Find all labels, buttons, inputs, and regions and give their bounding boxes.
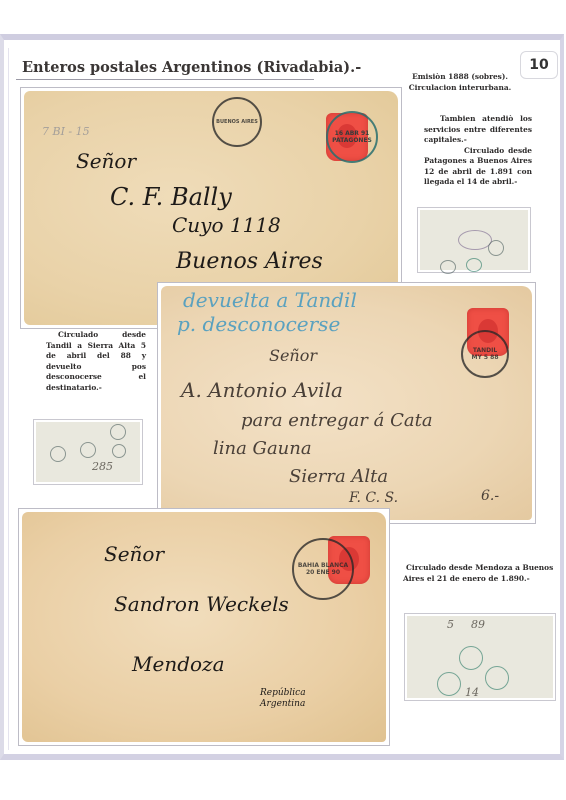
back-image: [420, 210, 528, 270]
page-number-badge: 10: [520, 51, 558, 79]
address-line-6: F. C. S.: [349, 490, 398, 506]
receiving-mark: [437, 672, 461, 696]
address-line-1: Señor: [76, 149, 136, 173]
patagones-note-p2: Circulado desde Patagones a Buenos Aires…: [424, 146, 532, 188]
envelope-tandil-frame: devuelta a Tandil p. desconocerse TANDIL…: [157, 282, 536, 524]
postmark-patagones: 16 ABR 91 PATAGONES: [326, 111, 378, 163]
tandil-note-text: Circulado desde Tandil a Sierra Alta 5 d…: [46, 330, 146, 393]
back-image: 285: [36, 422, 140, 482]
envelope-mendoza-frame: BAHIA BLANCA 20 ENE 90 Señor Sandron Wec…: [18, 508, 390, 746]
postmark-bahia-blanca: BAHIA BLANCA 20 ENE 90: [292, 538, 354, 600]
envelope-back-tandil: 285: [33, 419, 143, 485]
patagones-note-p1: Tambien atendiò los servicios entre dife…: [424, 114, 532, 146]
postmark-tandil: TANDIL MY 5 88: [461, 330, 509, 378]
blue-crayon-note-1: devuelta a Tandil: [183, 288, 357, 312]
address-line-1: Señor: [104, 542, 164, 566]
receiving-mark: [110, 424, 126, 440]
envelope-back-mendoza: 5 89 14: [404, 613, 556, 701]
envelope-tandil: devuelta a Tandil p. desconocerse TANDIL…: [161, 286, 532, 520]
address-line-5: Sierra Alta: [289, 466, 388, 487]
envelope-mendoza: BAHIA BLANCA 20 ENE 90 Señor Sandron Wec…: [22, 512, 386, 742]
handwritten-mark: 5: [447, 618, 454, 631]
receiving-mark: [112, 444, 126, 458]
address-line-4: República Argentina: [260, 688, 330, 710]
postmark-top: BUENOS AIRES: [212, 97, 262, 147]
address-line-3: para entregar á Cata: [241, 410, 433, 431]
page-title: Enteros postales Argentinos (Rivadabia).…: [22, 59, 361, 76]
receiving-mark: [488, 240, 504, 256]
tandil-note: Circulado desde Tandil a Sierra Alta 5 d…: [46, 330, 146, 393]
rate-note: 6.-: [481, 488, 499, 504]
mendoza-note-text: Circulado desde Mendoza a Buenos Aires e…: [403, 563, 555, 584]
blue-crayon-note-2: p. desconocerse: [177, 312, 340, 336]
address-line-2: Sandron Weckels: [114, 592, 289, 616]
emission-note: Emisiòn 1888 (sobres). Circulacion inter…: [404, 72, 516, 93]
handwritten-mark: 14: [465, 686, 479, 699]
handwritten-number: 285: [92, 460, 113, 473]
emission-line-2: Circulacion interurbana.: [404, 83, 516, 94]
receiving-mark: [466, 258, 482, 272]
back-image: 5 89 14: [407, 616, 553, 698]
address-line-3: Cuyo 1118: [172, 213, 281, 237]
receiving-mark: [440, 260, 456, 274]
title-underline: [16, 79, 314, 80]
address-line-2: A. Antonio Avila: [181, 378, 343, 402]
receiving-mark: [50, 446, 66, 462]
receiving-mark: [459, 646, 483, 670]
mendoza-note: Circulado desde Mendoza a Buenos Aires e…: [403, 563, 555, 584]
envelope-back-patagones: [417, 207, 531, 273]
receiving-mark: [485, 666, 509, 690]
address-line-1: Señor: [269, 346, 317, 365]
handwritten-mark: 89: [471, 618, 485, 631]
address-line-3: Mendoza: [132, 652, 225, 676]
pencil-note: 7 BI - 15: [42, 125, 90, 138]
address-line-2: C. F. Bally: [110, 183, 232, 211]
address-line-4: lina Gauna: [213, 438, 312, 459]
receiving-mark: [80, 442, 96, 458]
address-line-4: Buenos Aires: [176, 249, 323, 274]
oval-seal-mark: [458, 230, 492, 250]
emission-line-1: Emisiòn 1888 (sobres).: [404, 72, 516, 83]
patagones-note: Tambien atendiò los servicios entre dife…: [424, 114, 532, 188]
